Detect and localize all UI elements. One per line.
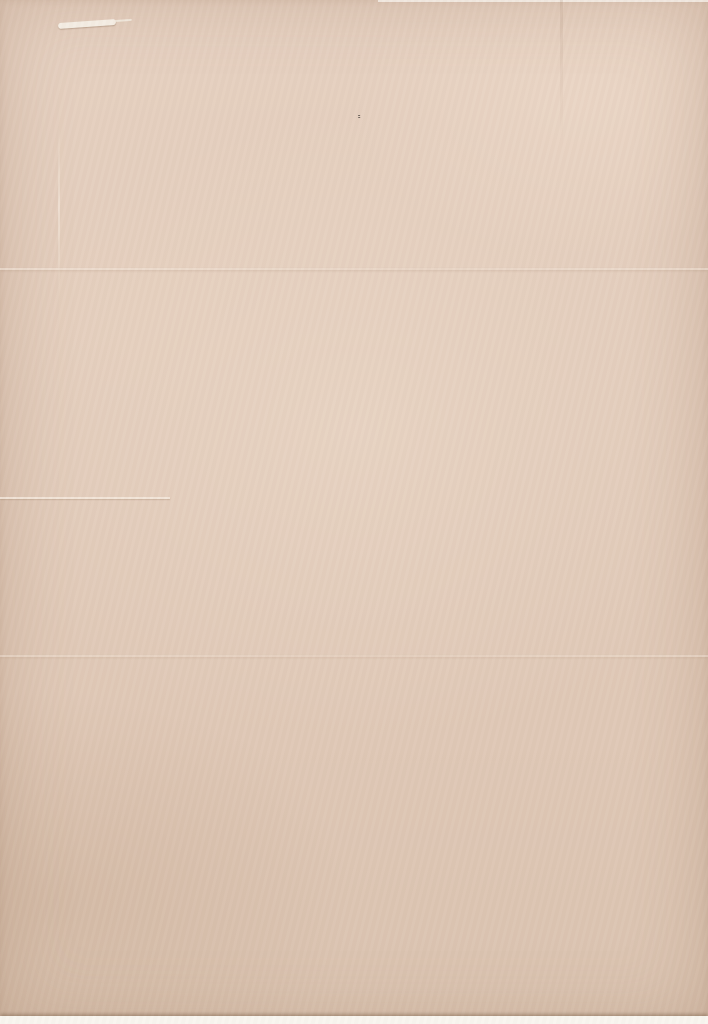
date-line <box>357 101 360 125</box>
scan-edge-bottom <box>0 1016 708 1024</box>
fold-crease-horizontal-2 <box>0 497 170 499</box>
paper-tear-mark <box>58 19 116 29</box>
date-suffix <box>357 101 360 118</box>
fold-crease-vertical-left <box>58 128 60 293</box>
scan-edge-top <box>378 0 708 2</box>
fold-crease-vertical-top <box>560 0 563 150</box>
letter-page <box>0 0 708 1024</box>
fold-crease-horizontal-3 <box>0 655 708 657</box>
fold-crease-horizontal-1 <box>0 268 708 270</box>
